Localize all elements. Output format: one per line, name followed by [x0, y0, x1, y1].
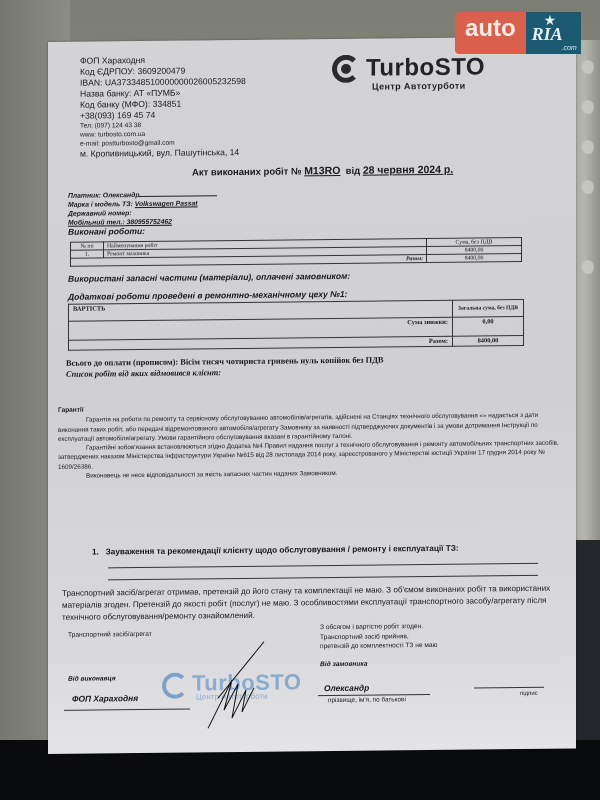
vehicle-label: Транспортний засіб/агрегат: [68, 631, 152, 639]
customer-sign-line: [474, 687, 544, 689]
work-act-document: ФОП Хараходня Код ЄДРПОУ: 3609200479 IBA…: [48, 36, 576, 754]
refused-heading: Список робіт від яких відмовився клієнт:: [66, 365, 383, 379]
company-iban: IBAN: UA373348510000000026005232598: [80, 76, 246, 89]
remarks-line-1: [108, 563, 538, 569]
watermark-ria: RIA: [532, 24, 563, 45]
extra-total-value: 8400,00: [453, 336, 524, 347]
autoria-watermark: auto ★ RIA .com: [455, 12, 581, 54]
act-date: 28 червня 2024 р.: [363, 164, 453, 177]
company-details: ФОП Хараходня Код ЄДРПОУ: 3609200479 IBA…: [80, 54, 246, 160]
from-customer-label: Від замовника: [320, 661, 368, 668]
extra-works-table: ВАРТІСТЬ Загальна сума, без ПДВ Сума зни…: [68, 299, 524, 351]
discount-value: 0,00: [453, 317, 524, 337]
customer-name-caption: прізвище, ім'я, по батькові: [328, 696, 406, 704]
act-title: Акт виконаних робіт № M13RO від 28 червн…: [192, 164, 453, 179]
total-in-words: Всього до оплати (прописом): Вісім тисяч…: [66, 354, 383, 379]
customer-name: Олександр: [324, 683, 369, 693]
warranty-section: Гарантії Гарантія на роботи по ремонту т…: [58, 401, 568, 482]
from-executor-label: Від виконавця: [68, 675, 116, 682]
stamp-ring-icon: [162, 673, 188, 699]
customer-phone: 380955752462: [127, 219, 172, 226]
agreement-text: З обсягом і вартістю робіт згоден. Транс…: [320, 622, 438, 652]
logo-subtitle: Центр Автотурботи: [372, 81, 466, 92]
works-heading: Виконані роботи:: [68, 226, 217, 237]
logo-name: TurboSTO: [366, 53, 485, 82]
remarks-heading: 1. Зауваження та рекомендації клієнту що…: [92, 544, 459, 557]
vehicle-model: Volkswagen Passat: [135, 200, 198, 208]
plate-label: Державний номер:: [68, 210, 132, 218]
executor-name: ФОП Хараходня: [72, 693, 138, 704]
extra-heading: Додаткові роботи проведені в ремонтно-ме…: [68, 289, 347, 302]
signature-caption: підпис: [520, 691, 538, 697]
parts-heading: Використані запасні частини (матеріали),…: [68, 271, 350, 284]
executor-sign-line: [64, 709, 190, 711]
customer-block: Платник: Олександр Марка і модель ТЗ: Vo…: [68, 190, 217, 237]
remarks-line-2: [108, 575, 538, 581]
received-statement: Транспортний засіб/агрегат отримав, прет…: [62, 583, 562, 624]
watermark-auto: auto: [455, 12, 526, 54]
works-table: № пп Найменування робіт Сума, без ПДВ 1.…: [70, 237, 522, 267]
act-number: M13RO: [304, 165, 340, 177]
company-address: м. Кропивницький, вул. Пашутінська, 14: [80, 147, 246, 160]
signature-scribble: [198, 640, 268, 731]
payer-name: Олександр: [103, 192, 140, 199]
